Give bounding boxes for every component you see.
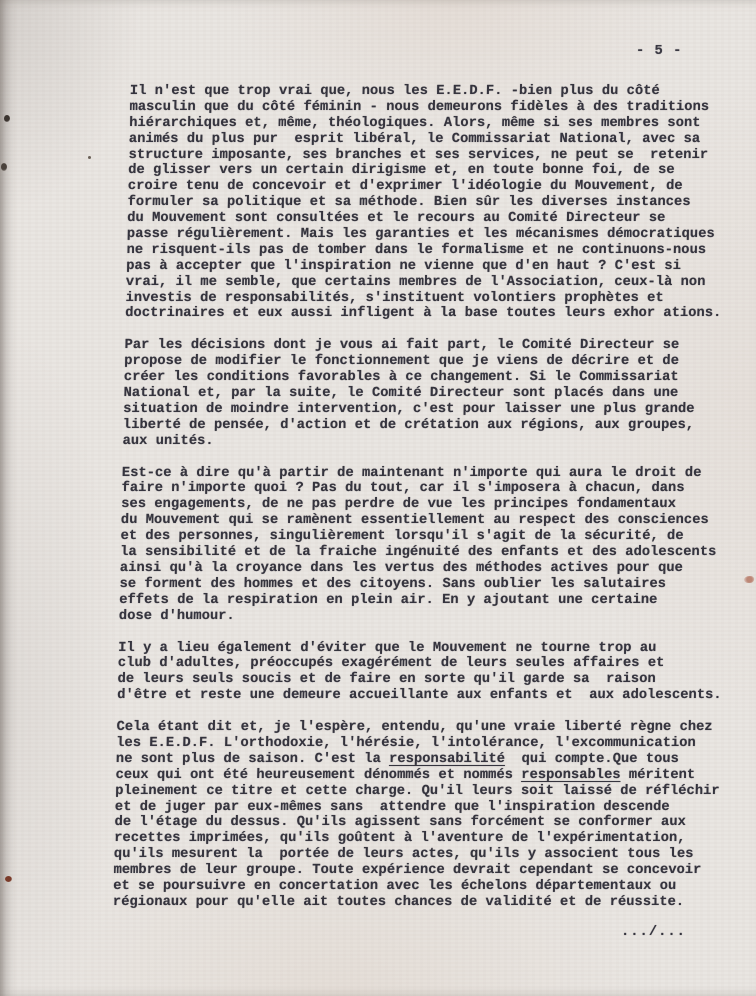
text-segment: d'être et reste une demeure accueillante… (117, 688, 722, 703)
underlined-text: responsables (521, 768, 621, 783)
text-line: créer les conditions favorables à ce cha… (124, 370, 730, 386)
text-line: pleinement ce titre et cette charge. Qu'… (115, 784, 721, 800)
rust-speck (5, 876, 12, 882)
text-segment: de glisser vers un certain dirigisme et,… (128, 163, 675, 178)
page-number: - 5 - (636, 44, 682, 59)
text-segment: effets de la respiration en plein air. E… (119, 593, 657, 608)
text-segment: faire n'importe quoi ? Pas du tout, car … (121, 481, 684, 496)
text-segment: hiérarchiques et, même, théologiques. Al… (129, 116, 701, 131)
paragraph: Il n'est que trop vrai que, nous les E.E… (125, 84, 736, 322)
text-line: ne risquent-ils pas de tomber dans le fo… (126, 243, 732, 259)
text-line: animés du plus pur esprit libéral, le Co… (129, 132, 735, 148)
paragraph: Il y a lieu également d'éviter que le Mo… (117, 641, 724, 705)
text-segment: animés du plus pur esprit libéral, le Co… (129, 132, 701, 147)
text-segment: croire tenu de concevoir et d'exprimer l… (128, 179, 683, 194)
text-segment: Cela étant dit et, je l'espère, entendu,… (116, 720, 712, 735)
text-line: situation de moindre intervention, c'est… (123, 402, 729, 418)
text-line: ainsi qu'à la croyance dans les vertus d… (120, 561, 726, 577)
text-line: liberté de pensée, d'action et de crétat… (123, 418, 729, 434)
text-segment: formuler sa politique et sa méthode. Bie… (127, 195, 690, 210)
text-line: effets de la respiration en plein air. E… (119, 593, 725, 609)
text-line: structure imposante, ses branches et ses… (128, 148, 734, 164)
text-segment: passe régulièrement. Mais les garanties … (127, 227, 715, 242)
text-segment: méritent (620, 768, 695, 783)
text-line: croire tenu de concevoir et d'exprimer l… (128, 179, 734, 195)
text-segment: pas à accepter que l'inspiration ne vien… (126, 259, 681, 274)
text-segment: investis de responsabilités, s'instituen… (125, 291, 663, 306)
text-line: vrai, il me semble, que certains membres… (126, 275, 732, 291)
text-segment: vrai, il me semble, que certains membres… (126, 275, 706, 290)
text-line: National et, par la suite, le Comité Dir… (123, 386, 729, 402)
text-line: du Mouvement sont consultées et le recou… (127, 211, 733, 227)
text-line: masculin que du côté féminin - nous deme… (129, 100, 735, 116)
text-segment: pleinement ce titre et cette charge. Qu'… (115, 784, 720, 799)
text-segment: et de juger par eux-mêmes sans attendre … (115, 800, 670, 815)
text-line: et des personnes, singulièrement lorsqu'… (120, 529, 726, 545)
continuation-mark: .../... (621, 925, 686, 940)
text-line: de l'étage du dessus. Qu'ils agissent sa… (114, 815, 720, 831)
text-segment: ne sont plus de saison. C'est la (116, 752, 390, 767)
ink-speck (4, 115, 10, 122)
text-segment: de l'étage du dessus. Qu'ils agissent sa… (114, 815, 686, 830)
text-line: du Mouvement qui se ramènent essentielle… (121, 513, 727, 529)
text-line: ne sont plus de saison. C'est la respons… (116, 752, 722, 768)
text-segment: Il n'est que trop vrai que, nous les E.E… (130, 84, 660, 99)
text-segment: Par les décisions dont je vous ai fait p… (124, 338, 679, 353)
text-line: ses engagements, de ne pas perdre de vue… (121, 497, 727, 513)
text-line: passe régulièrement. Mais les garanties … (127, 227, 733, 243)
text-line: Cela étant dit et, je l'espère, entendu,… (116, 720, 722, 736)
text-segment: Il y a lieu également d'éviter que le Mo… (118, 641, 656, 656)
text-line: aux unités. (122, 434, 728, 450)
text-segment: et se poursuivre en concertation avec le… (113, 879, 676, 894)
text-line: Il n'est que trop vrai que, nous les E.E… (130, 84, 736, 100)
text-line: et de juger par eux-mêmes sans attendre … (115, 800, 721, 816)
text-line: propose de modifier le fonctionnement qu… (124, 354, 730, 370)
text-segment: du Mouvement qui se ramènent essentielle… (121, 513, 709, 528)
document-body: Il n'est que trop vrai que, nous les E.E… (112, 84, 736, 927)
text-line: qu'ils mesurent la portée de leurs actes… (114, 847, 720, 863)
text-segment: qu'ils mesurent la portée de leurs actes… (114, 847, 694, 862)
paragraph: Cela étant dit et, je l'espère, entendu,… (113, 720, 723, 911)
text-line: de glisser vers un certain dirigisme et,… (128, 163, 734, 179)
text-line: investis de responsabilités, s'instituen… (125, 291, 731, 307)
text-segment: membres de leur groupe. Toute expérience… (113, 863, 701, 878)
text-line: faire n'importe quoi ? Pas du tout, car … (121, 481, 727, 497)
text-segment: ceux qui ont été heureusement dénommés e… (115, 768, 521, 783)
text-segment: masculin que du côté féminin - nous deme… (129, 100, 709, 115)
text-line: de leurs seuls soucis et de faire en sor… (117, 672, 723, 688)
text-line: doctrinaires et eux aussi infligent à la… (125, 306, 731, 322)
text-segment: se forment des hommes et des citoyens. S… (119, 577, 666, 592)
text-segment: structure imposante, ses branches et ses… (128, 148, 708, 163)
red-smudge (744, 576, 754, 583)
text-line: Par les décisions dont je vous ai fait p… (124, 338, 730, 354)
text-line: régionaux pour qu'elle ait toutes chance… (113, 895, 719, 911)
text-line: Est-ce à dire qu'à partir de maintenant … (122, 466, 728, 482)
text-segment: propose de modifier le fonctionnement qu… (124, 354, 679, 369)
text-line: se forment des hommes et des citoyens. S… (119, 577, 725, 593)
text-segment: ainsi qu'à la croyance dans les vertus d… (120, 561, 683, 576)
underlined-text: responsabilité (389, 752, 505, 767)
text-segment: National et, par la suite, le Comité Dir… (123, 386, 678, 401)
text-segment: ne risquent-ils pas de tomber dans le fo… (126, 243, 706, 258)
text-segment: du Mouvement sont consultées et le recou… (127, 211, 665, 226)
text-line: formuler sa politique et sa méthode. Bie… (127, 195, 733, 211)
text-segment: de leurs seuls soucis et de faire en sor… (117, 672, 655, 687)
text-segment: la sensibilité et de la fraiche ingénuit… (120, 545, 716, 560)
text-segment: qui compte.Que tous (505, 752, 679, 767)
text-segment: club d'adultes, préoccupés exagérément d… (118, 656, 665, 671)
text-line: hiérarchiques et, même, théologiques. Al… (129, 116, 735, 132)
text-segment: situation de moindre intervention, c'est… (123, 402, 695, 417)
text-line: les E.E.D.F. L'orthodoxie, l'hérésie, l'… (116, 736, 722, 752)
text-segment: créer les conditions favorables à ce cha… (124, 370, 679, 385)
ink-speck (88, 156, 91, 159)
text-line: la sensibilité et de la fraiche ingénuit… (120, 545, 726, 561)
text-line: d'être et reste une demeure accueillante… (117, 688, 723, 704)
text-segment: les E.E.D.F. L'orthodoxie, l'hérésie, l'… (116, 736, 696, 751)
text-segment: Est-ce à dire qu'à partir de maintenant … (122, 466, 702, 481)
ink-speck (1, 163, 7, 171)
text-line: et se poursuivre en concertation avec le… (113, 879, 719, 895)
text-line: Il y a lieu également d'éviter que le Mo… (118, 641, 724, 657)
text-line: recettes imprimées, qu'ils goûtent à l'a… (114, 831, 720, 847)
scanned-page: { "document": { "page_number": "- 5 -", … (0, 0, 756, 996)
text-line: pas à accepter que l'inspiration ne vien… (126, 259, 732, 275)
text-line: dose d'humour. (119, 609, 725, 625)
text-line: ceux qui ont été heureusement dénommés e… (115, 768, 721, 784)
text-segment: régionaux pour qu'elle ait toutes chance… (113, 895, 685, 910)
text-segment: recettes imprimées, qu'ils goûtent à l'a… (114, 831, 686, 846)
rust-speck (6, 833, 16, 842)
paragraph: Par les décisions dont je vous ai fait p… (122, 338, 730, 449)
text-segment: dose d'humour. (119, 609, 235, 624)
text-segment: et des personnes, singulièrement lorsqu'… (120, 529, 683, 544)
text-line: membres de leur groupe. Toute expérience… (113, 863, 719, 879)
text-line: club d'adultes, préoccupés exagérément d… (118, 656, 724, 672)
text-segment: liberté de pensée, d'action et de crétat… (123, 418, 695, 433)
text-segment: ses engagements, de ne pas perdre de vue… (121, 497, 676, 512)
text-segment: aux unités. (122, 434, 213, 449)
text-segment: doctrinaires et eux aussi infligent à la… (125, 306, 721, 321)
paragraph: Est-ce à dire qu'à partir de maintenant … (119, 466, 728, 625)
